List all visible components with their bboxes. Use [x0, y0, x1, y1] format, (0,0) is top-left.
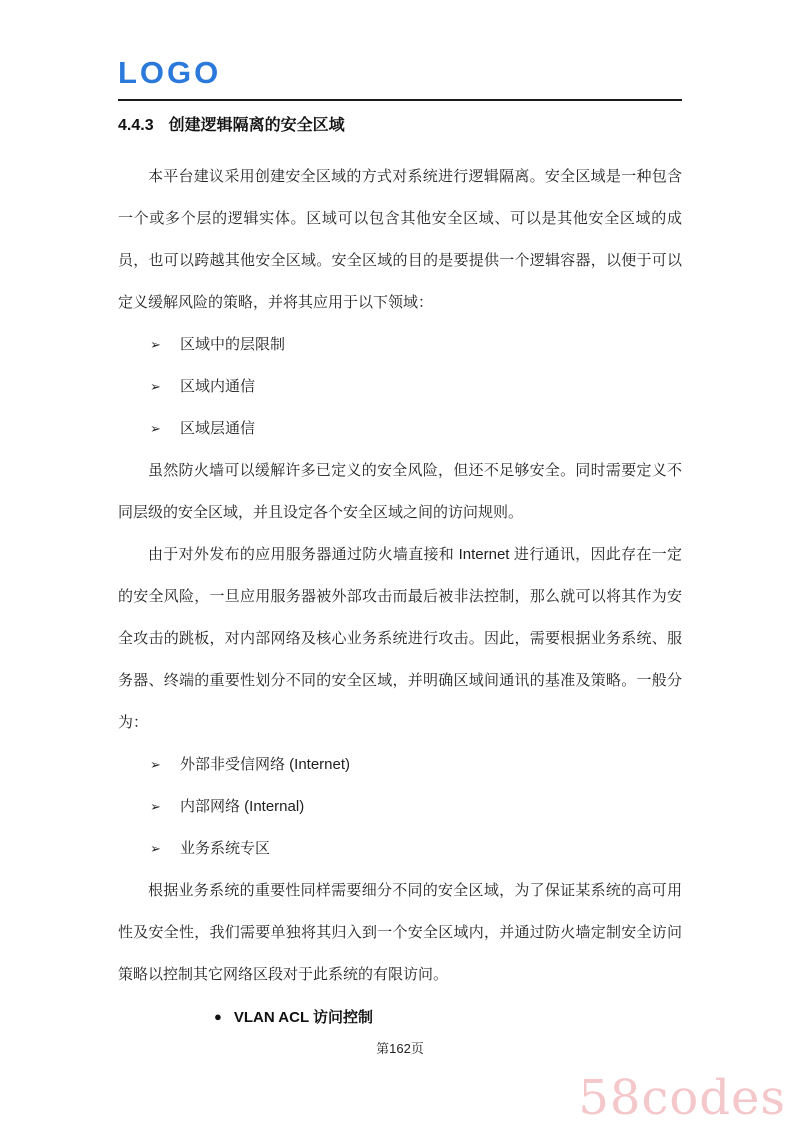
paragraph-zone-refinement: 根据业务系统的重要性同样需要细分不同的安全区域，为了保证某系统的高可用性及安全性… [118, 870, 682, 996]
list-item: ➢ 区域中的层限制 [118, 324, 682, 366]
list-item-label: 内部网络 (Internal) [180, 798, 304, 815]
section-title: 创建逻辑隔离的安全区域 [169, 115, 345, 137]
list-item: ➢ 业务系统专区 [118, 828, 682, 870]
paragraph-security-zone-intro: 本平台建议采用创建安全区域的方式对系统进行逻辑隔离。安全区域是一种包含一个或多个… [118, 156, 682, 324]
list-item: ➢ 区域内通信 [118, 366, 682, 408]
document-body: 本平台建议采用创建安全区域的方式对系统进行逻辑隔离。安全区域是一种包含一个或多个… [118, 156, 682, 1039]
section-number: 4.4.3 [118, 115, 154, 137]
arrow-bullet-icon: ➢ [150, 408, 161, 450]
list-item: ➢ 外部非受信网络 (Internet) [118, 744, 682, 786]
logo: LOGO [118, 56, 682, 90]
arrow-bullet-icon: ➢ [150, 786, 161, 828]
vlan-acl-bullet: ●VLAN ACL 访问控制 [118, 996, 682, 1039]
page-number: 第162页 [0, 1039, 800, 1059]
paragraph-internet-risk: 由于对外发布的应用服务器通过防火墙直接和 Internet 进行通讯，因此存在一… [118, 534, 682, 744]
list-item-label: 区域中的层限制 [180, 336, 285, 353]
list-item-label: 区域层通信 [180, 420, 255, 437]
arrow-bullet-icon: ➢ [150, 366, 161, 408]
zone-policy-list: ➢ 区域中的层限制 ➢ 区域内通信 ➢ 区域层通信 [118, 324, 682, 450]
vlan-acl-label: VLAN ACL 访问控制 [234, 1009, 373, 1026]
list-item: ➢ 内部网络 (Internal) [118, 786, 682, 828]
list-item-label: 区域内通信 [180, 378, 255, 395]
paragraph-firewall-limits: 虽然防火墙可以缓解许多已定义的安全风险，但还不足够安全。同时需要定义不同层级的安… [118, 450, 682, 534]
arrow-bullet-icon: ➢ [150, 324, 161, 366]
section-heading: 4.4.3 创建逻辑隔离的安全区域 [118, 115, 682, 137]
list-item: ➢ 区域层通信 [118, 408, 682, 450]
watermark: 58codes [578, 1074, 786, 1122]
document-page: LOGO 4.4.3 创建逻辑隔离的安全区域 本平台建议采用创建安全区域的方式对… [0, 0, 800, 1132]
list-item-label: 外部非受信网络 (Internet) [180, 756, 350, 773]
list-item-label: 业务系统专区 [180, 840, 270, 857]
disc-bullet-icon: ● [214, 1009, 222, 1024]
zone-types-list: ➢ 外部非受信网络 (Internet) ➢ 内部网络 (Internal) ➢… [118, 744, 682, 870]
arrow-bullet-icon: ➢ [150, 744, 161, 786]
page-header: LOGO [118, 56, 682, 101]
arrow-bullet-icon: ➢ [150, 828, 161, 870]
header-divider [118, 99, 682, 101]
